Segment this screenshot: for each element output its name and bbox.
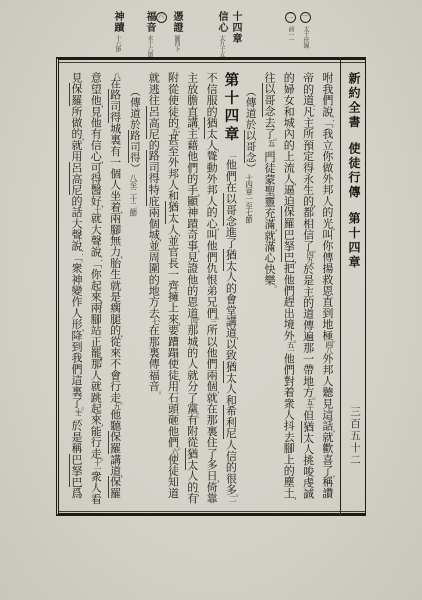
column-subheading-iconium: （傳道於以哥念）十四章一至七節 [241, 72, 260, 507]
annotation-reference: 太九十五 [218, 35, 224, 57]
column-acts13-48: 帝的道：凡主所預定得永生的，都相信了。四九於是主的道傳遍那一帶地方。五十但猶太人… [299, 72, 318, 507]
circled-reference-mark: 一 [300, 12, 311, 23]
column-acts14-2: 不信服的猶太人，聳動外邦人的心，叫他們仇恨弟兄們。三所以他們兩個，就在那裏住了多… [202, 72, 221, 507]
annotation-label: 信心 [216, 11, 227, 33]
margin-label-faith: 信心太九十五 [215, 11, 228, 57]
annotation-label: 十四章 [230, 11, 241, 44]
annotation-reference: 十六節 [114, 35, 120, 52]
annotation-label: 福音 [144, 11, 155, 33]
text-columns: 咐我們說：「我立你做外邦人的光，叫你傳揚救恩直到地極。」四八外邦人聽見這話，就歡… [59, 60, 341, 513]
margin-label-evidence: 憑證羅四卜 [170, 11, 183, 52]
column-acts13-47: 咐我們說：「我立你做外邦人的光，叫你傳揚救恩直到地極。」四八外邦人聽見這話，就歡… [318, 72, 337, 507]
column-acts13-52: 往以哥念去了。五二門徒蒙聖靈充滿，就滿心快樂。 [260, 72, 279, 507]
column-subheading-lystra: （傳道於路司得）八至二十二節 [125, 72, 144, 507]
margin-label-gospel: 福音末十六節 [143, 11, 156, 57]
right-margin-column: 新約全書使徒行傳第十四章 三百五十二 [340, 60, 365, 513]
annotation-label: 憑證 [171, 11, 182, 33]
circled-reference-mark: 二 [285, 12, 296, 23]
running-title: 新約全書使徒行傳第十四章 [346, 72, 363, 270]
text-frame: 咐我們說：「我立你做外邦人的光，叫你傳揚救恩直到地極。」四八外邦人聽見這話，就歡… [56, 57, 366, 516]
annotation-reference: 末十六節 [146, 35, 152, 57]
margin-ref-1: 一太十伏線 [299, 11, 312, 48]
book-page: 一太十伏線二前一一十四章信心太九十五憑證羅四卜六福音末十六節神蹟十六節 咐我們說… [0, 0, 422, 600]
chapter-title: 第十四章 [347, 212, 361, 270]
column-acts13-50: 的婦女和城內的上流人，逼迫保羅巴拏巴，把他們趕出境外。五一他們對着衆人抖去腳上的… [279, 72, 298, 507]
annotation-label: 神蹟 [112, 11, 123, 33]
book-title: 新約全書 [347, 72, 361, 130]
circled-reference-mark: 六 [156, 12, 167, 23]
margin-label-chapter: 十四章 [229, 11, 242, 44]
page-number: 三百五十二 [347, 406, 362, 466]
annotation-reference: 太十伏線 [302, 26, 308, 48]
column-chapter-heading: 第十四章一他們在以哥念進了猶太人的會堂講道，以致猶太人和希利尼人信的很多。二但那… [221, 72, 240, 507]
section-title: 使徒行傳 [347, 142, 361, 200]
column-acts14-6: 就逃往呂高尼的路司得特庇兩個城，並周圍的地方去：七在那裏傳福音。 [144, 72, 163, 507]
margin-ref-6: 六 [155, 11, 168, 24]
margin-label-miracle: 神蹟十六節 [111, 11, 124, 52]
annotation-reference: 羅四卜 [173, 35, 179, 52]
column-acts14-3: 主放膽直講，主藉他們的手，顯神蹟奇事，見證他的恩道。四那城的人就分了黨：有附從猶… [183, 72, 202, 507]
margin-ref-2: 二前一一 [284, 11, 297, 43]
annotation-reference: 前一一 [287, 26, 293, 43]
column-acts14-9: 意望他，見他有信心，可得醫好，十就大聲說：「你起來！兩腳站正罷！」那人就跳起來，… [86, 72, 105, 507]
column-acts14-11: 見保羅所做的，就用呂高尼的話大聲說：「衆神變作人形，降到我們這裏了。」十二於是稱… [67, 72, 86, 507]
column-acts14-8: 八在路司得城裏有一個人坐着，兩腳無力，胎生就是瘸腿的，從來不會行走。九他聽保羅講… [106, 72, 125, 507]
column-acts14-5: 附從使徒的；五甚至外邦人和猶太人，並官長一齊擁上來，要蹧蹋使徒，用石頭砸他們。六… [163, 72, 182, 507]
